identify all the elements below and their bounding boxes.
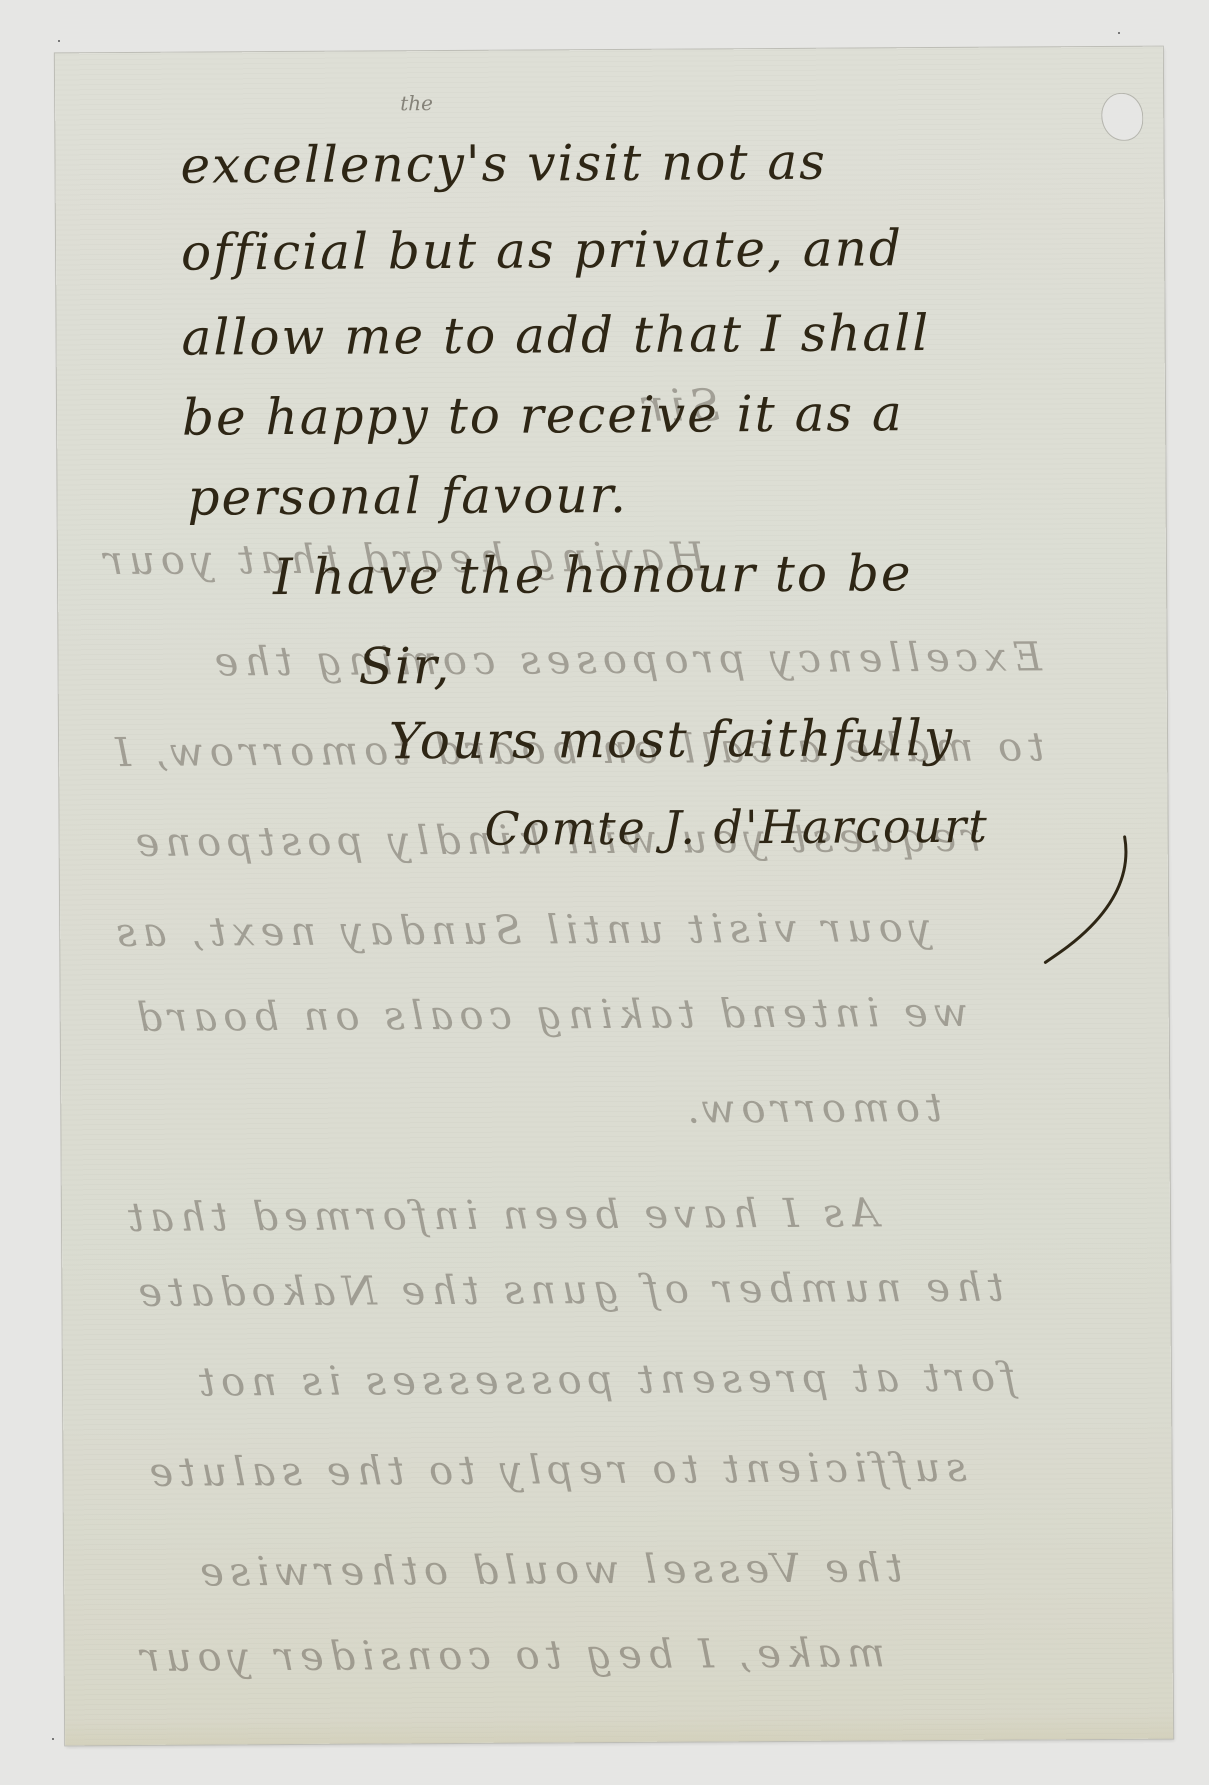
bleed-through-line: Excellency proposes coming the xyxy=(208,637,1042,682)
bleed-through-line: sufficient to reply to the salute xyxy=(143,1448,966,1493)
bleed-through-line: fort at present possesses is not xyxy=(193,1358,1016,1403)
bleed-through-line: your visit until Sunday next, as xyxy=(110,908,931,953)
punch-hole xyxy=(1101,93,1143,141)
signature: Comte J. d'Harcourt xyxy=(484,803,988,852)
dust-speck xyxy=(52,1738,54,1740)
letter-line: excellency's visit not as xyxy=(180,137,827,191)
bleed-through-line: the Vessel would otherwise xyxy=(194,1548,903,1592)
letter-page: Sir Having heard that your Excellency pr… xyxy=(55,47,1173,1746)
closing-salutation: Sir, xyxy=(358,641,451,692)
bleed-through-line: the number of guns the Nakodate xyxy=(132,1268,1004,1313)
dust-speck xyxy=(58,40,60,42)
bleed-through-line: we intend taking coals on board xyxy=(131,993,968,1038)
closing-line: Yours most faithfully xyxy=(389,713,954,766)
letter-line: be happy to receive it as a xyxy=(182,388,904,442)
bleed-through-line: make, I beg to consider your xyxy=(135,1633,886,1678)
letter-line: allow me to add that I shall xyxy=(181,308,930,363)
closing-line: I have the honour to be xyxy=(273,548,913,602)
letter-line: personal favour. xyxy=(187,470,628,523)
bleed-through-line: As I have been informed that xyxy=(122,1193,879,1238)
signature-flourish xyxy=(1030,827,1141,968)
letter-line: official but as private, and xyxy=(181,223,903,277)
dust-speck xyxy=(1118,32,1120,34)
bleed-through-line: tomorrow. xyxy=(681,1088,942,1130)
interlinear-note: the xyxy=(400,93,433,113)
